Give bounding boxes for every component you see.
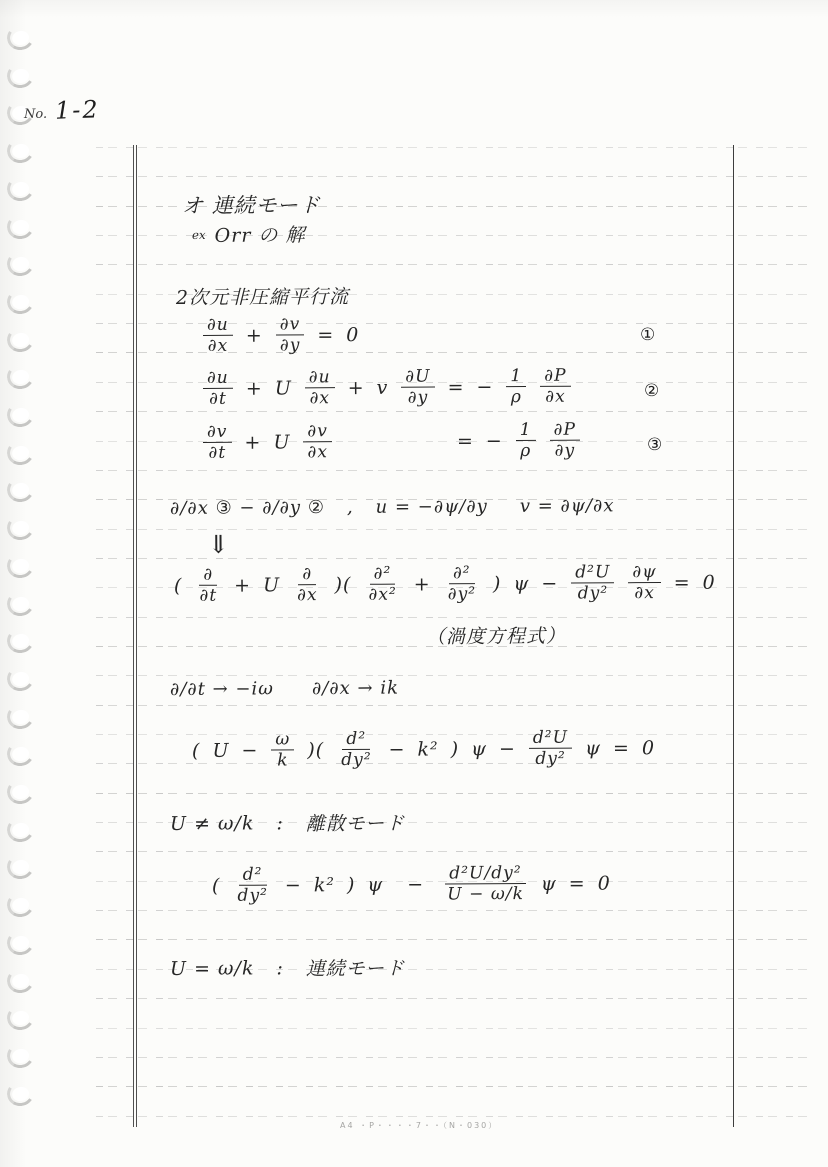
fraction: ∂ψ∂x bbox=[628, 563, 660, 603]
fraction: ∂u∂x bbox=[203, 316, 233, 356]
math-token: = bbox=[613, 737, 630, 759]
fraction: d²Udy² bbox=[529, 729, 572, 769]
fraction-denominator: k bbox=[273, 751, 292, 771]
ruled-line bbox=[96, 147, 813, 148]
binder-hole-icon bbox=[5, 814, 37, 844]
binder-hole-icon bbox=[5, 965, 37, 995]
ruled-line bbox=[96, 470, 813, 471]
binder-hole-icon bbox=[5, 890, 37, 920]
binder-hole-icon bbox=[5, 286, 37, 316]
binder-hole-icon bbox=[5, 927, 37, 957]
binder-hole-icon bbox=[5, 739, 37, 769]
equation-number-badge: ① bbox=[640, 325, 655, 345]
ruled-line bbox=[96, 1116, 813, 1117]
math-token: ψ bbox=[585, 737, 601, 759]
math-token: + bbox=[234, 574, 251, 596]
binder-hole-icon bbox=[5, 60, 37, 90]
fraction-numerator: ∂P bbox=[540, 367, 570, 388]
fraction-denominator: ∂y² bbox=[444, 585, 480, 605]
fraction: ∂v∂y bbox=[276, 315, 305, 355]
spacer bbox=[260, 822, 270, 823]
math-token: k² bbox=[314, 874, 335, 896]
binder-hole-icon bbox=[5, 399, 37, 429]
page-number-label: No. bbox=[24, 107, 47, 122]
math-token: : bbox=[276, 812, 284, 834]
math-token: ∂/∂t → −iω bbox=[170, 678, 274, 700]
binder-hole-icon bbox=[5, 437, 37, 467]
equation-number-badge: ② bbox=[644, 381, 659, 401]
math-token: 0 bbox=[598, 872, 611, 894]
math-token: オ 連続モード bbox=[182, 189, 321, 220]
math-token: Orr の 解 bbox=[215, 220, 306, 248]
eq-continuity: ∂u∂x+∂v∂y=0 bbox=[196, 315, 366, 356]
math-token: + bbox=[348, 377, 365, 399]
spacer bbox=[290, 967, 300, 968]
fraction: ∂P∂y bbox=[550, 421, 581, 461]
math-token: ∂/∂x ③ − ∂/∂y ② bbox=[170, 497, 325, 519]
fraction: ∂P∂x bbox=[540, 367, 571, 407]
fraction: ∂²∂x² bbox=[364, 565, 401, 605]
fraction-denominator: dy² bbox=[531, 749, 570, 769]
fraction-numerator: ∂U bbox=[401, 368, 434, 389]
line-discrete-mode: U ≠ ω/k:離散モード bbox=[164, 808, 411, 837]
math-token: 0 bbox=[703, 572, 716, 594]
math-token: 2次元非圧縮平行流 bbox=[176, 282, 349, 310]
math-token: ) bbox=[493, 573, 502, 595]
math-token: U bbox=[212, 740, 229, 762]
fraction-numerator: d²U/dy² bbox=[445, 864, 526, 885]
fraction-denominator: dy² bbox=[574, 584, 613, 604]
math-token: = bbox=[457, 430, 474, 452]
fraction-denominator: ρ bbox=[516, 441, 535, 461]
fraction-denominator: ∂y bbox=[404, 388, 433, 408]
binder-hole-icon bbox=[5, 22, 37, 52]
math-token: ) bbox=[347, 874, 356, 896]
math-token: v = ∂ψ/∂x bbox=[520, 495, 615, 517]
line-fourier-substitution: ∂/∂t → −iω∂/∂x → ik bbox=[164, 678, 405, 700]
heading-continuous-mode: オ 連続モード bbox=[176, 189, 327, 220]
fraction: d²dy² bbox=[337, 730, 376, 770]
math-token: （渦度方程式） bbox=[426, 621, 566, 649]
binder-hole-icon bbox=[5, 776, 37, 806]
fraction: ∂v∂x bbox=[303, 422, 332, 462]
ruled-line bbox=[96, 939, 813, 940]
ruled-line bbox=[96, 1057, 813, 1058]
fraction: 1ρ bbox=[516, 421, 536, 461]
math-token: + bbox=[246, 325, 263, 347]
binder-hole-icon bbox=[5, 475, 37, 505]
superscript-token: ex bbox=[192, 227, 206, 241]
fraction-numerator: 1 bbox=[506, 367, 526, 388]
right-margin-line bbox=[733, 145, 734, 1127]
fraction-denominator: U − ω/k bbox=[443, 884, 528, 904]
math-token: − bbox=[389, 739, 406, 761]
binder-hole-icon bbox=[5, 136, 37, 166]
math-token: 0 bbox=[642, 737, 655, 759]
fraction-numerator: d²U bbox=[529, 729, 572, 750]
equation-number-badge: ③ bbox=[647, 435, 662, 455]
math-token: ( bbox=[192, 740, 201, 762]
math-token: + bbox=[414, 573, 431, 595]
ruled-line bbox=[96, 675, 813, 676]
fraction-numerator: ∂v bbox=[303, 422, 332, 443]
binder-hole-icon bbox=[5, 588, 37, 618]
math-token: 0 bbox=[346, 324, 359, 346]
label-vorticity-equation: （渦度方程式） bbox=[420, 621, 572, 649]
fraction-denominator: ∂x² bbox=[364, 585, 400, 605]
fraction-denominator: ∂x bbox=[305, 389, 334, 409]
math-token: − bbox=[241, 740, 258, 762]
left-margin-line bbox=[133, 145, 137, 1127]
ruled-line bbox=[96, 793, 813, 794]
ruled-line bbox=[96, 998, 813, 999]
math-token: v bbox=[377, 377, 389, 399]
math-token: = bbox=[674, 572, 691, 594]
page-number: No.1-2 bbox=[24, 96, 100, 124]
math-token: )( bbox=[307, 739, 324, 761]
binder-hole-icon bbox=[5, 324, 37, 354]
math-token: )( bbox=[334, 574, 351, 596]
math-token: ψ bbox=[541, 873, 557, 895]
math-token: ψ bbox=[367, 874, 383, 896]
heading-example-orr: exOrr の 解 bbox=[192, 220, 312, 248]
fraction: ωk bbox=[271, 730, 294, 770]
math-token: ψ bbox=[471, 738, 487, 760]
spacer bbox=[494, 506, 514, 507]
binder-hole-icon bbox=[5, 626, 37, 656]
binder-hole-icon bbox=[5, 211, 37, 241]
math-token: − bbox=[499, 738, 516, 760]
eq-rayleigh: (U−ωk)(d²dy²−k²)ψ−d²Udy²ψ=0 bbox=[186, 728, 661, 771]
math-token: + bbox=[244, 432, 261, 454]
math-token: ψ bbox=[513, 573, 529, 595]
math-token: ∂/∂x → ik bbox=[312, 678, 399, 700]
eq-discrete-mode: (d²dy²−k²)ψ−d²U/dy²U − ω/kψ=0 bbox=[206, 863, 617, 905]
binder-hole-icon bbox=[5, 173, 37, 203]
fraction-denominator: dy² bbox=[337, 750, 376, 770]
notebook-page: No.1-2 オ 連続モードexOrr の 解2次元非圧縮平行流∂u∂x+∂v∂… bbox=[0, 0, 828, 1167]
fraction: ∂U∂y bbox=[401, 368, 434, 408]
fraction-denominator: ∂x bbox=[630, 583, 659, 603]
math-token: : bbox=[276, 957, 284, 979]
fraction: ∂v∂t bbox=[203, 423, 232, 463]
fraction-numerator: d² bbox=[342, 730, 370, 751]
fraction-denominator: ∂x bbox=[293, 586, 322, 606]
ruled-line bbox=[96, 851, 813, 852]
fraction-denominator: ∂x bbox=[204, 336, 233, 356]
heading-2d-incompressible-parallel-flow: 2次元非圧縮平行流 bbox=[170, 282, 355, 310]
fraction-numerator: ∂ bbox=[199, 566, 217, 587]
line-continuous-mode: U = ω/k:連続モード bbox=[164, 953, 411, 982]
fraction-numerator: ∂ψ bbox=[628, 563, 660, 584]
ruled-line bbox=[96, 705, 813, 706]
math-token: 連続モード bbox=[306, 954, 405, 982]
math-token: = bbox=[569, 873, 586, 895]
math-token: − bbox=[476, 376, 493, 398]
fraction-numerator: ∂v bbox=[276, 315, 305, 336]
ruled-line bbox=[96, 176, 813, 177]
fraction-denominator: dy² bbox=[233, 886, 272, 906]
math-token: u = −∂ψ/∂y bbox=[376, 496, 488, 518]
binder-hole-icon bbox=[5, 550, 37, 580]
eq-y-momentum: ∂v∂t+U∂v∂x=−1ρ∂P∂y bbox=[196, 421, 587, 463]
binder-hole-icon bbox=[5, 1040, 37, 1070]
fraction-numerator: ∂ bbox=[298, 565, 316, 586]
fraction-denominator: ∂t bbox=[204, 443, 230, 463]
fraction-numerator: 1 bbox=[516, 421, 536, 442]
fraction: 1ρ bbox=[506, 367, 526, 407]
math-token: + bbox=[246, 378, 263, 400]
math-token: − bbox=[541, 573, 558, 595]
fraction-denominator: ∂t bbox=[195, 586, 221, 606]
math-token: ) bbox=[451, 738, 460, 760]
math-token: ( bbox=[212, 875, 221, 897]
ruled-line bbox=[96, 411, 813, 412]
ruled-line bbox=[96, 1086, 813, 1087]
fraction-numerator: ∂u bbox=[305, 368, 335, 389]
fraction-denominator: ∂y bbox=[551, 441, 580, 461]
fraction-numerator: d² bbox=[239, 866, 267, 887]
math-token: U bbox=[263, 574, 280, 596]
math-token: U bbox=[273, 431, 290, 453]
fraction: ∂²∂y² bbox=[444, 564, 481, 604]
ruled-line bbox=[96, 264, 813, 265]
fraction-denominator: ∂y bbox=[276, 336, 305, 356]
fraction-denominator: ∂x bbox=[303, 443, 332, 463]
spacer bbox=[260, 967, 270, 968]
math-token: , bbox=[347, 497, 354, 518]
binder-hole-icon bbox=[5, 249, 37, 279]
math-token: U ≠ ω/k bbox=[170, 812, 255, 835]
spacer bbox=[206, 234, 209, 235]
math-token: ( bbox=[174, 575, 183, 597]
fraction: ∂u∂x bbox=[305, 368, 335, 408]
math-token: = bbox=[317, 324, 334, 346]
fraction-denominator: ρ bbox=[507, 387, 526, 407]
math-token: U bbox=[275, 377, 292, 399]
fraction: d²U/dy²U − ω/k bbox=[443, 864, 528, 904]
arrow-implies: ⇓ bbox=[202, 530, 236, 559]
fraction: d²dy² bbox=[233, 866, 272, 906]
spacer bbox=[360, 507, 370, 508]
binder-hole-icon bbox=[5, 701, 37, 731]
fraction-numerator: ∂P bbox=[550, 421, 580, 442]
fraction: d²Udy² bbox=[571, 563, 614, 603]
fraction-numerator: ∂² bbox=[370, 565, 396, 586]
binder-hole-icon bbox=[5, 852, 37, 882]
eq-vorticity: (∂∂t+U∂∂x)(∂²∂x²+∂²∂y²)ψ−d²Udy²∂ψ∂x=0 bbox=[168, 563, 722, 606]
fraction-numerator: ∂u bbox=[203, 369, 233, 390]
binder-hole-icon bbox=[5, 1078, 37, 1108]
spacer bbox=[331, 507, 341, 508]
fraction-numerator: ∂v bbox=[203, 423, 232, 444]
page-number-value: 1-2 bbox=[55, 95, 101, 125]
spacer bbox=[339, 441, 451, 443]
fraction: ∂∂x bbox=[293, 565, 322, 605]
eq-x-momentum: ∂u∂t+U∂u∂x+v∂U∂y=−1ρ∂P∂x bbox=[196, 367, 578, 409]
spacer bbox=[389, 884, 401, 885]
binder-hole-icon bbox=[5, 362, 37, 392]
math-token: − bbox=[285, 874, 302, 896]
fraction-numerator: ω bbox=[271, 730, 294, 751]
line-cross-differentiation: ∂/∂x ③ − ∂/∂y ②,u = −∂ψ/∂yv = ∂ψ/∂x bbox=[164, 495, 621, 519]
math-token: = bbox=[447, 376, 464, 398]
spacer bbox=[280, 688, 306, 689]
math-token: k² bbox=[417, 738, 438, 760]
math-token: − bbox=[486, 430, 503, 452]
fraction-denominator: ∂x bbox=[541, 387, 570, 407]
fraction-numerator: ∂² bbox=[449, 564, 475, 585]
binder-hole-icon bbox=[5, 1003, 37, 1033]
fraction-denominator: ∂t bbox=[205, 389, 231, 409]
binder-hole-icon bbox=[5, 513, 37, 543]
footer-imprint: A4 ・P・・・・7・・（N・030） bbox=[340, 1120, 560, 1131]
fraction: ∂∂t bbox=[195, 566, 221, 606]
ruled-line bbox=[96, 1028, 813, 1029]
fraction: ∂u∂t bbox=[203, 369, 233, 409]
fraction-numerator: ∂u bbox=[203, 316, 233, 337]
spacer bbox=[290, 822, 300, 823]
ruled-line bbox=[96, 910, 813, 911]
math-token: − bbox=[407, 874, 424, 896]
math-token: ⇓ bbox=[208, 530, 230, 559]
math-token: U = ω/k bbox=[170, 957, 255, 980]
fraction-numerator: d²U bbox=[571, 563, 614, 584]
ruled-line bbox=[96, 617, 813, 618]
math-token: 離散モード bbox=[306, 809, 405, 837]
spacer bbox=[430, 884, 436, 885]
binder-hole-icon bbox=[5, 663, 37, 693]
